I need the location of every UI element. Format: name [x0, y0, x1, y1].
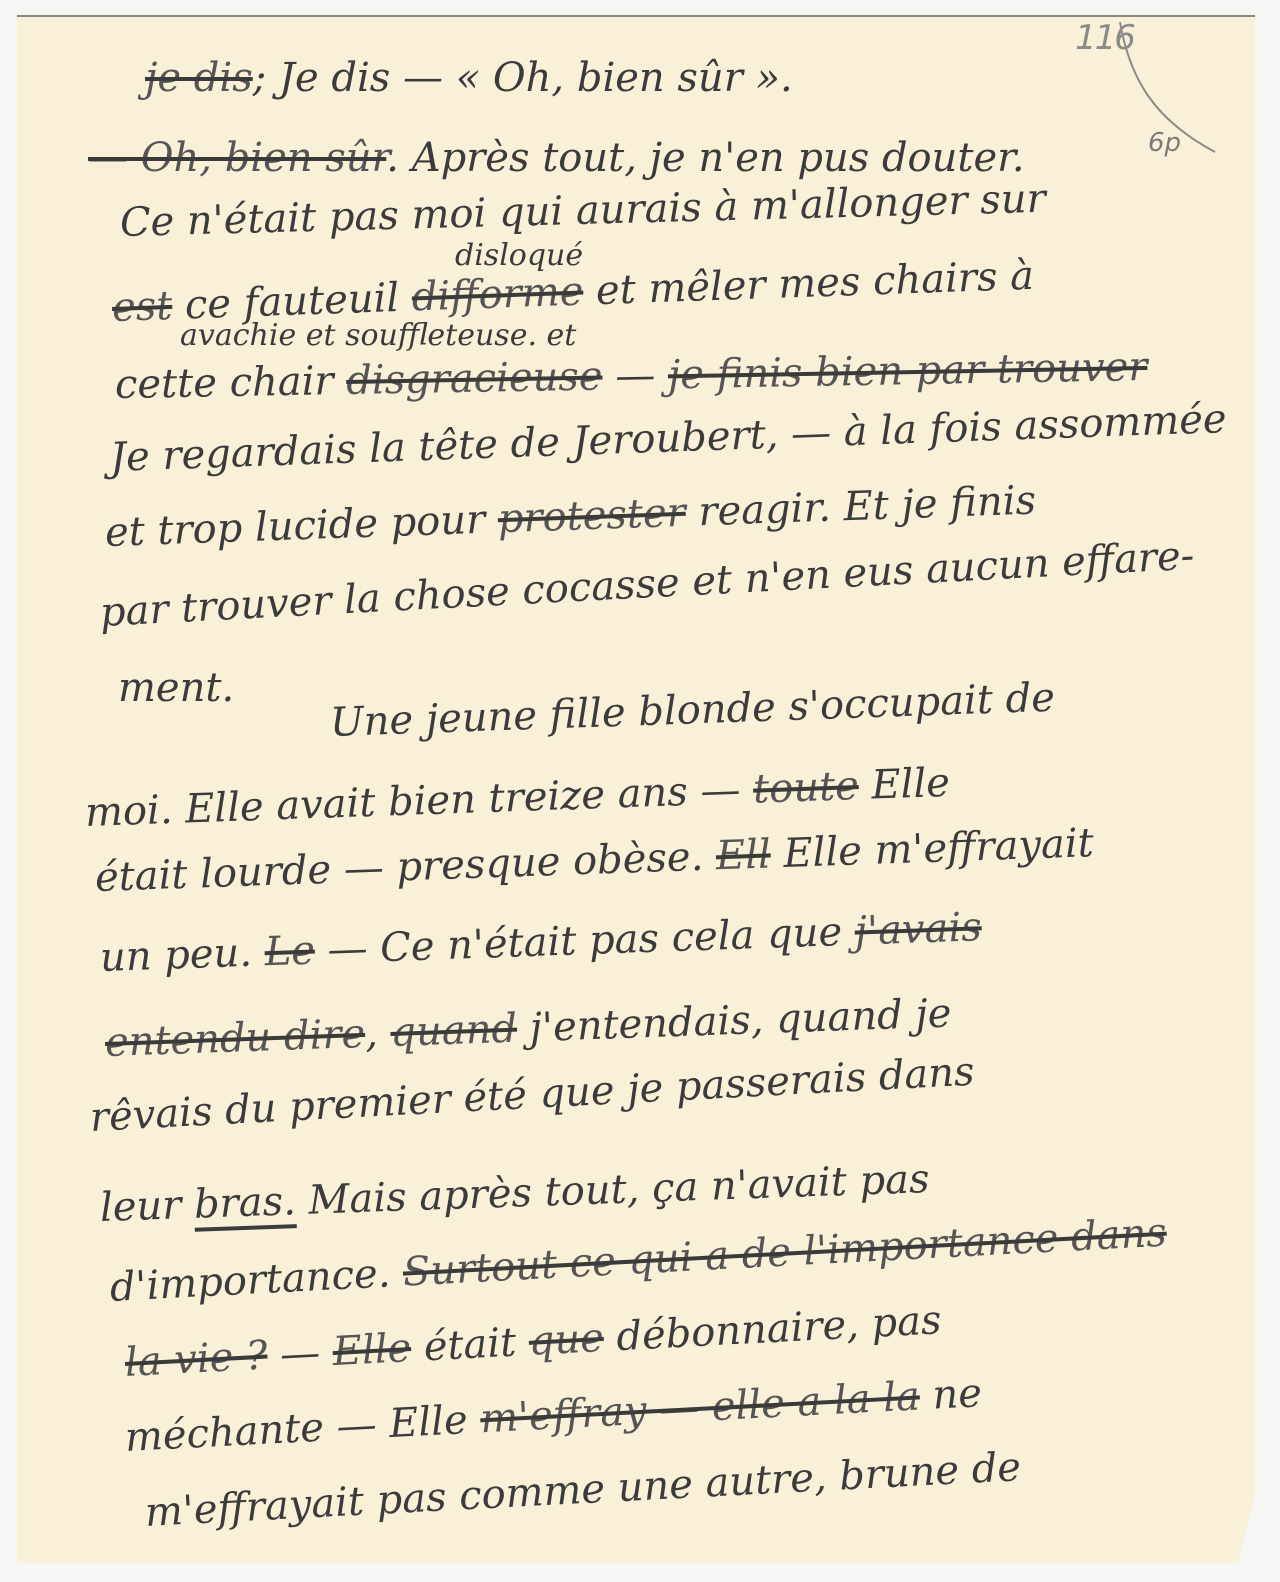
manuscript-line-2: — Oh, bien sûr. Après tout, je n'en pus … [88, 135, 1025, 181]
deleted-text: entendu dire [104, 1011, 366, 1066]
deleted-text: Elle [332, 1325, 413, 1375]
deleted-text: difforme [411, 269, 584, 321]
deleted-text: toute [752, 763, 859, 813]
deleted-text: que [528, 1315, 605, 1365]
sheet-mark: 6p [1148, 128, 1181, 158]
deleted-text: j'avais [854, 904, 983, 954]
deleted-text: Ell [715, 831, 771, 879]
interlinear-insertion: avachie et souffleteuse. et [180, 318, 576, 353]
folio-number: 116 [1075, 18, 1134, 58]
line-text: ; Je dis — « Oh, bien sûr ». [253, 55, 793, 101]
deleted-text: protester [497, 490, 686, 543]
deleted-text: je finis bien par trouver [668, 344, 1148, 398]
deleted-text: — Oh, bien sûr [88, 135, 386, 181]
deleted-text: est [111, 283, 173, 331]
manuscript-line-1: je dis; Je dis — « Oh, bien sûr ». [145, 55, 793, 101]
deleted-text: disgracieuse [346, 353, 603, 403]
interlinear-insertion: disloqué [455, 238, 583, 273]
deleted-text: je dis [145, 55, 253, 101]
deleted-text: quand [390, 1006, 518, 1056]
line-text: . Après tout, je n'en pus douter. [386, 135, 1024, 181]
underlined-text: bras. [193, 1178, 297, 1232]
deleted-text: Le [264, 928, 316, 976]
deleted-text: la vie ? [124, 1333, 269, 1386]
manuscript-line-9: ment. [118, 665, 234, 711]
